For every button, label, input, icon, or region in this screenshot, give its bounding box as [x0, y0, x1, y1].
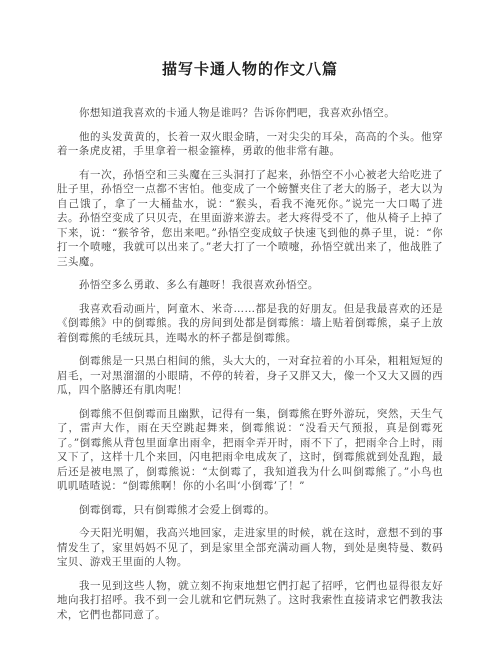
essay-paragraph: 我喜欢看动画片，阿童木、米奇……都是我的好朋友。但是我最喜欢的还是《倒霉熊》中的…: [57, 302, 443, 346]
essay-paragraph: 有一次，孙悟空和三头魔在三头洞打了起来，孙悟空不小心被老大给吃进了肚子里，孙悟空…: [57, 168, 443, 270]
essay-paragraph: 你想知道我喜欢的卡通人物是谁吗？告诉你們吧，我喜欢孙悟空。: [57, 106, 443, 121]
essay-paragraph: 倒霉熊不但倒霉而且幽默，记得有一集，倒霉熊在野外游玩，突然，天生气了，雷声大作，…: [57, 407, 443, 494]
essay-paragraph: 他的头发黄黄的，长着一双火眼金睛，一对尖尖的耳朵，高高的个头。他穿着一条虎皮裙，…: [57, 130, 443, 159]
essay-body: 你想知道我喜欢的卡通人物是谁吗？告诉你們吧，我喜欢孙悟空。他的头发黄黄的，长着一…: [57, 106, 443, 622]
essay-paragraph: 倒霉熊是一只黑白相间的熊，头大大的，一对耷拉着的小耳朵，粗粗短短的眉毛，一对黑溜…: [57, 354, 443, 398]
essay-paragraph: 倒霉倒霉，只有倒霉熊才会爱上倒霉的。: [57, 503, 443, 518]
essay-paragraph: 今天阳光明媚，我高兴地回家，走进家里的时候，就在这时，意想不到的事情发生了，家里…: [57, 526, 443, 570]
document-page: 描写卡通人物的作文八篇 你想知道我喜欢的卡通人物是谁吗？告诉你們吧，我喜欢孙悟空…: [0, 0, 500, 647]
essay-paragraph: 孙悟空多么勇敢、多么有趣呀！我很喜欢孙悟空。: [57, 278, 443, 293]
essay-paragraph: 我一见到这些人物，就立刻不拘束地想它們打起了招呼，它們也显得很友好地向我打招呼。…: [57, 579, 443, 623]
page-title: 描写卡通人物的作文八篇: [0, 0, 500, 78]
